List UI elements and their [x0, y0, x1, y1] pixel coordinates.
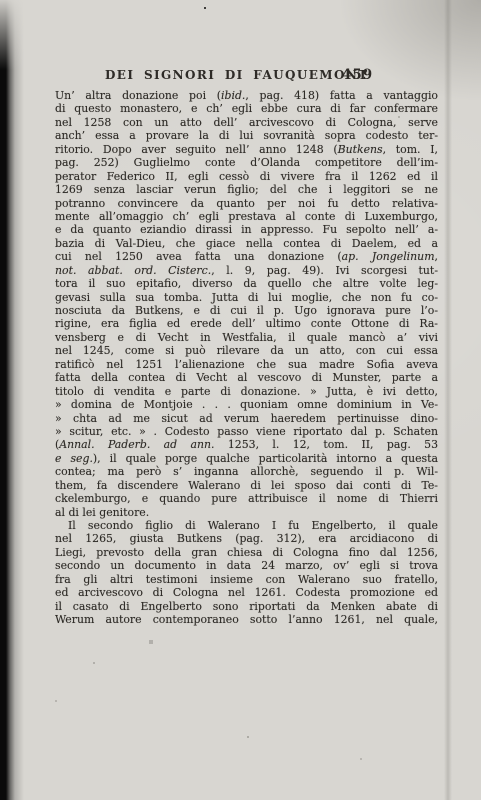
- text-line: ritorio. Dopo aver seguito nell’ anno 12…: [55, 143, 438, 156]
- text-line: pag. 252) Guglielmo conte d’Olanda compe…: [55, 156, 438, 169]
- text-line: tora il suo epitafio, diverso da quello …: [55, 277, 438, 290]
- text-line: e da quanto eziandio dirassi in appresso…: [55, 223, 438, 236]
- running-head: DEI SIGNORI DI FAUQUEMONT 459: [55, 68, 438, 85]
- text-line: di questo monastero, e ch’ egli ebbe cur…: [55, 102, 438, 115]
- text-line: Il secondo figlio di Walerano I fu Engel…: [55, 519, 438, 532]
- text-line: e seg.), il quale porge qualche particol…: [55, 452, 438, 465]
- page-title: DEI SIGNORI DI FAUQUEMONT: [105, 68, 369, 82]
- text-segment: ritorio. Dopo aver seguito nell’ anno 12…: [55, 143, 338, 156]
- text-line: not. abbat. ord. Cisterc., l. 9, pag. 49…: [55, 264, 438, 277]
- text-segment: nel 1258 con un atto dell’ arcivescovo d…: [55, 116, 438, 129]
- text-line: vensberg e di Vecht in Westfalia, il qua…: [55, 331, 438, 344]
- text-segment: tora il suo epitafio, diverso da quello …: [55, 277, 438, 290]
- text-segment: mente all’omaggio ch’ egli prestava al c…: [55, 210, 438, 223]
- text-segment: them, fa discendere Walerano di lei spos…: [55, 479, 438, 492]
- text-line: perator Federico II, egli cessò di viver…: [55, 170, 438, 183]
- text-segment: secondo un documento in data 24 marzo, o…: [55, 559, 438, 572]
- text-line: fra gli altri testimoni insieme con Wale…: [55, 573, 438, 586]
- text-segment: » domina de Montjoie . . . quoniam omne …: [55, 398, 438, 411]
- text-segment: » scitur, etc. » . Codesto passo viene r…: [55, 425, 438, 438]
- text-segment-italic: e seg.: [55, 452, 93, 465]
- text-line: anch’ essa a provare la di lui sovranità…: [55, 129, 438, 142]
- text-segment: » chta ad me sicut ad verum haeredem per…: [55, 412, 438, 425]
- text-line: ed arcivescovo di Cologna nel 1261. Code…: [55, 586, 438, 599]
- text-line: gevasi sulla sua tomba. Jutta di lui mog…: [55, 291, 438, 304]
- text-segment: potranno convincere da quanto per noi fu…: [55, 197, 438, 210]
- text-line: cui nel 1250 avea fatta una donazione (a…: [55, 250, 438, 263]
- text-segment: perator Federico II, egli cessò di viver…: [55, 170, 438, 183]
- text-segment: ed arcivescovo di Cologna nel 1261. Code…: [55, 586, 438, 599]
- text-line: al di lei genitore.: [55, 506, 438, 519]
- text-segment: titolo di vendita e parte di donazione. …: [55, 385, 438, 398]
- text-line: Un’ altra donazione poi (ibid., pag. 418…: [55, 89, 438, 102]
- text-line: titolo di vendita e parte di donazione. …: [55, 385, 438, 398]
- text-segment: , pag. 418) fatta a vantaggio: [245, 89, 438, 102]
- text-line: fatta della contea di Vecht al vescovo d…: [55, 371, 438, 384]
- text-line: bazia di Val-Dieu, che giace nella conte…: [55, 237, 438, 250]
- text-segment: ,: [435, 250, 438, 263]
- text-line: nel 1245, come si può rilevare da un att…: [55, 344, 438, 357]
- text-segment: ckelemburgo, e quando pure attribuisce i…: [55, 492, 438, 505]
- text-segment: Liegi, prevosto della gran chiesa di Col…: [55, 546, 438, 559]
- text-segment: Il secondo figlio di Walerano I fu Engel…: [68, 519, 438, 532]
- text-segment: nosciuta da Butkens, e di cui il p. Ugo …: [55, 304, 438, 317]
- text-segment: ratificò nel 1251 l’alienazione che sua …: [55, 358, 438, 371]
- text-block: Un’ altra donazione poi (ibid., pag. 418…: [55, 89, 438, 627]
- text-segment-italic: Butkens: [338, 143, 383, 156]
- text-segment: nel 1265, giusta Butkens (pag. 312), era…: [55, 532, 438, 545]
- text-line: ratificò nel 1251 l’alienazione che sua …: [55, 358, 438, 371]
- text-segment: nel 1245, come si può rilevare da un att…: [55, 344, 438, 357]
- text-segment: al di lei genitore.: [55, 506, 149, 519]
- text-line: mente all’omaggio ch’ egli prestava al c…: [55, 210, 438, 223]
- text-line: secondo un documento in data 24 marzo, o…: [55, 559, 438, 572]
- text-segment: pag. 252) Guglielmo conte d’Olanda compe…: [55, 156, 438, 169]
- text-segment: contea; ma però s’ inganna allorchè, seg…: [55, 465, 438, 478]
- text-line: nel 1265, giusta Butkens (pag. 312), era…: [55, 532, 438, 545]
- text-segment: gevasi sulla sua tomba. Jutta di lui mog…: [55, 291, 438, 304]
- text-line: » chta ad me sicut ad verum haeredem per…: [55, 412, 438, 425]
- text-segment-italic: ibid.: [221, 89, 245, 102]
- text-segment: ), il quale porge qualche particolarità …: [93, 452, 438, 465]
- text-line: them, fa discendere Walerano di lei spos…: [55, 479, 438, 492]
- scan-specks: [0, 0, 2, 2]
- text-line: » domina de Montjoie . . . quoniam omne …: [55, 398, 438, 411]
- text-line: 1269 senza lasciar verun figlio; del che…: [55, 183, 438, 196]
- text-line: contea; ma però s’ inganna allorchè, seg…: [55, 465, 438, 478]
- text-segment: Werum autore contemporaneo sotto l’anno …: [55, 613, 438, 626]
- text-segment: vensberg e di Vecht in Westfalia, il qua…: [55, 331, 438, 344]
- text-line: Werum autore contemporaneo sotto l’anno …: [55, 613, 438, 626]
- text-line: rigine, era figlia ed erede dell’ ultimo…: [55, 317, 438, 330]
- text-segment: bazia di Val-Dieu, che giace nella conte…: [55, 237, 438, 250]
- text-segment: 1269 senza lasciar verun figlio; del che…: [55, 183, 438, 196]
- text-segment-italic: not. abbat. ord. Cisterc.: [55, 264, 211, 277]
- text-segment: il casato di Engelberto sono riportati d…: [55, 600, 438, 613]
- text-segment: cui nel 1250 avea fatta una donazione (: [55, 250, 342, 263]
- text-line: ckelemburgo, e quando pure attribuisce i…: [55, 492, 438, 505]
- scanned-book-page: DEI SIGNORI DI FAUQUEMONT 459 Un’ altra …: [0, 0, 481, 800]
- text-line: (Annal. Paderb. ad ann. 1253, l. 12, tom…: [55, 438, 438, 451]
- corner-shade: [341, 0, 481, 100]
- page-number: 459: [342, 67, 373, 83]
- text-segment: , l. 9, pag. 49). Ivi scorgesi tut-: [211, 264, 438, 277]
- text-segment: rigine, era figlia ed erede dell’ ultimo…: [55, 317, 438, 330]
- paper-crease: [444, 0, 452, 800]
- text-segment: anch’ essa a provare la di lui sovranità…: [55, 129, 438, 142]
- text-segment: fra gli altri testimoni insieme con Wale…: [55, 573, 438, 586]
- text-line: il casato di Engelberto sono riportati d…: [55, 600, 438, 613]
- text-segment-italic: ap. Jongelinum: [342, 250, 435, 263]
- text-segment: di questo monastero, e ch’ egli ebbe cur…: [55, 102, 438, 115]
- text-segment-italic: Annal. Paderb. ad ann.: [59, 438, 214, 451]
- text-segment: , tom. I,: [383, 143, 438, 156]
- text-segment: e da quanto eziandio dirassi in appresso…: [55, 223, 438, 236]
- book-spine-shadow: [0, 0, 24, 800]
- text-line: nel 1258 con un atto dell’ arcivescovo d…: [55, 116, 438, 129]
- text-segment: fatta della contea di Vecht al vescovo d…: [55, 371, 438, 384]
- text-segment: Un’ altra donazione poi (: [55, 89, 221, 102]
- text-line: » scitur, etc. » . Codesto passo viene r…: [55, 425, 438, 438]
- text-line: potranno convincere da quanto per noi fu…: [55, 197, 438, 210]
- text-segment: 1253, l. 12, tom. II, pag. 53: [215, 438, 439, 451]
- text-line: nosciuta da Butkens, e di cui il p. Ugo …: [55, 304, 438, 317]
- text-line: Liegi, prevosto della gran chiesa di Col…: [55, 546, 438, 559]
